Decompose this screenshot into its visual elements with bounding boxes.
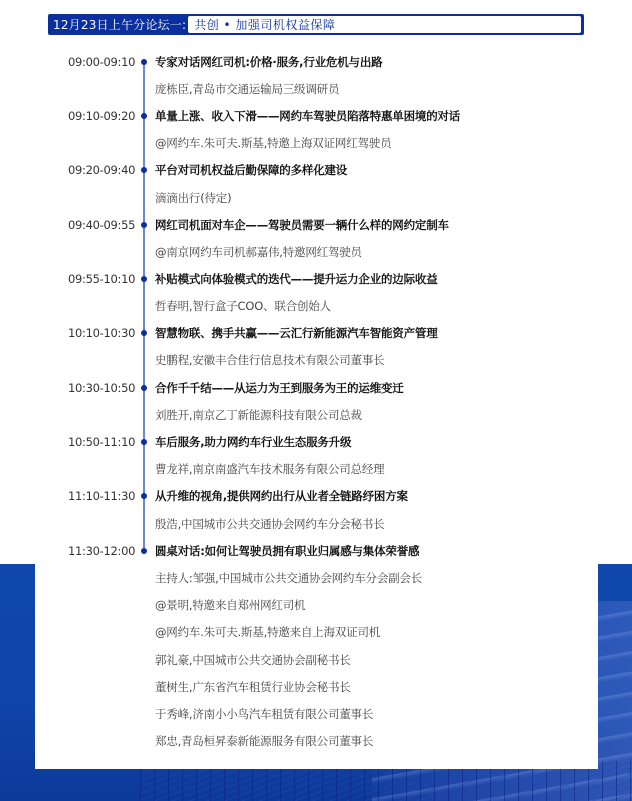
timeline-dot-icon: [141, 222, 147, 228]
schedule-item: 10:30-10:50 合作千千结——从运力为王到服务为王的运维变迁: [0, 378, 632, 398]
speaker-host: 主持人:邹强,中国城市公共交通协会网约车分会副会长: [155, 568, 422, 588]
session-topic: 合作千千结——从运力为王到服务为王的运维变迁: [155, 378, 404, 398]
speaker: @南京网约车司机郝嘉伟,特邀网红驾驶员: [155, 242, 362, 262]
speaker: 郭礼豪,中国城市公共交通协会副秘书长: [155, 650, 351, 670]
speaker: 庞栋臣,青岛市交通运输局三级调研员: [155, 79, 339, 99]
timeline-dot-icon: [141, 493, 147, 499]
time-slot: 10:10-10:30: [68, 323, 135, 343]
schedule-item: 09:00-09:10 专家对话网红司机:价格·服务,行业危机与出路: [0, 52, 632, 72]
schedule-item: 09:40-09:55 网红司机面对车企——驾驶员需要一辆什么样的网约定制车: [0, 215, 632, 235]
time-slot: 11:30-12:00: [68, 541, 135, 561]
speaker: 史鹏程,安徽丰合佳行信息技术有限公司董事长: [155, 350, 384, 370]
time-slot: 09:10-09:20: [68, 106, 135, 126]
session-topic: 专家对话网红司机:价格·服务,行业危机与出路: [155, 52, 382, 72]
session-topic: 车后服务,助力网约车行业生态服务升级: [155, 432, 351, 452]
timeline-dot-icon: [141, 113, 147, 119]
speaker: 郑忠,青岛桓昇泰新能源服务有限公司董事长: [155, 731, 373, 751]
time-slot: 09:20-09:40: [68, 160, 135, 180]
speaker: 殷浩,中国城市公共交通协会网约车分会秘书长: [155, 514, 384, 534]
time-slot: 10:30-10:50: [68, 378, 135, 398]
speaker: 哲春明,智行盒子COO、联合创始人: [155, 296, 331, 316]
session-topic: 智慧物联、携手共赢——云汇行新能源汽车智能资产管理: [155, 323, 438, 343]
schedule-item: 09:10-09:20 单量上涨、收入下滑——网约车驾驶员陷落特惠单困境的对话: [0, 106, 632, 126]
session-topic: 单量上涨、收入下滑——网约车驾驶员陷落特惠单困境的对话: [155, 106, 460, 126]
session-topic: 网红司机面对车企——驾驶员需要一辆什么样的网约定制车: [155, 215, 449, 235]
speaker: 滴滴出行(待定): [155, 188, 231, 208]
timeline-line: [143, 62, 145, 551]
timeline-dot-icon: [141, 59, 147, 65]
session-topic: 补贴模式向体验模式的迭代——提升运力企业的边际收益: [155, 269, 438, 289]
schedule-item: 10:10-10:30 智慧物联、携手共赢——云汇行新能源汽车智能资产管理: [0, 323, 632, 343]
timeline-dot-icon: [141, 276, 147, 282]
schedule-item: 10:50-11:10 车后服务,助力网约车行业生态服务升级: [0, 432, 632, 452]
session-topic: 圆桌对话:如何让驾驶员拥有职业归属感与集体荣誉感: [155, 541, 419, 561]
forum-title-box: 共创 • 加强司机权益保障: [188, 16, 581, 33]
speaker: @景明,特邀来自郑州网红司机: [155, 595, 305, 615]
speaker: @网约车.朱可夫.斯基,特邀上海双证网红驾驶员: [155, 133, 391, 153]
time-slot: 10:50-11:10: [68, 432, 135, 452]
timeline-dot-icon: [141, 167, 147, 173]
schedule-item: 11:30-12:00 圆桌对话:如何让驾驶员拥有职业归属感与集体荣誉感: [0, 541, 632, 561]
session-topic: 从升维的视角,提供网约出行从业者全链路纾困方案: [155, 486, 408, 506]
speaker: 曹龙祥,南京南盛汽车技术服务有限公司总经理: [155, 459, 384, 479]
time-slot: 09:40-09:55: [68, 215, 135, 235]
forum-header: 12月23日上午分论坛一: 共创 • 加强司机权益保障: [48, 14, 584, 35]
speaker: 董树生,广东省汽车租赁行业协会秘书长: [155, 677, 351, 697]
schedule-item: 11:10-11:30 从升维的视角,提供网约出行从业者全链路纾困方案: [0, 486, 632, 506]
timeline-dot-icon: [141, 385, 147, 391]
time-slot: 09:00-09:10: [68, 52, 135, 72]
time-slot: 11:10-11:30: [68, 486, 135, 506]
speaker: 刘胜开,南京乙丁新能源科技有限公司总裁: [155, 405, 362, 425]
forum-title: 共创 • 加强司机权益保障: [194, 16, 335, 33]
timeline-dot-icon: [141, 548, 147, 554]
timeline-dot-icon: [141, 439, 147, 445]
speaker: 于秀峰,济南小小鸟汽车租赁有限公司董事长: [155, 704, 373, 724]
timeline-dot-icon: [141, 330, 147, 336]
session-topic: 平台对司机权益后勤保障的多样化建设: [155, 160, 347, 180]
time-slot: 09:55-10:10: [68, 269, 135, 289]
forum-date-label: 12月23日上午分论坛一:: [48, 16, 186, 33]
speaker: @网约车.朱可夫.斯基,特邀来自上海双证司机: [155, 622, 380, 642]
schedule-item: 09:55-10:10 补贴模式向体验模式的迭代——提升运力企业的边际收益: [0, 269, 632, 289]
schedule-item: 09:20-09:40 平台对司机权益后勤保障的多样化建设: [0, 160, 632, 180]
